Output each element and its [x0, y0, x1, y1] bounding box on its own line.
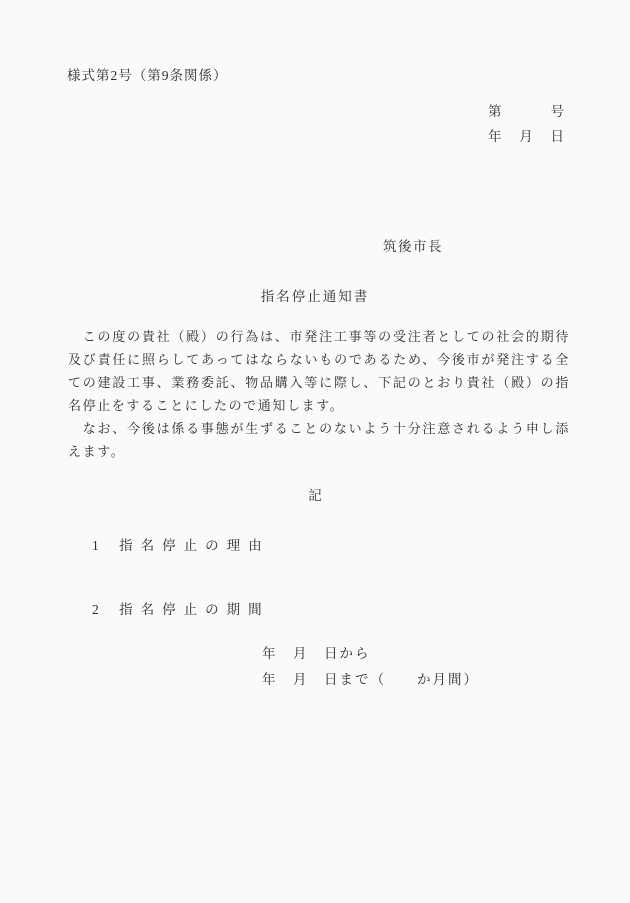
body-paragraph-2: なお、今後は係る事態が生ずることのないよう十分注意されるよう申し添えます。: [68, 417, 570, 463]
item-label: 指名停止の期間: [119, 602, 270, 617]
form-number-label: 様式第2号（第9条関係）: [67, 64, 228, 84]
list-item-suspension-period: 2 指名停止の期間: [92, 598, 270, 618]
record-heading: 記: [0, 484, 630, 504]
date-year-label: 年: [488, 125, 502, 145]
period-to-line: 年 月 日まで（ か月間）: [262, 667, 479, 693]
document-number-line: 第 号: [488, 100, 564, 120]
doc-number-prefix: 第: [488, 100, 502, 120]
doc-number-suffix: 号: [551, 100, 565, 120]
item-number: 2: [92, 602, 99, 617]
document-title: 指名停止通知書: [0, 285, 630, 305]
issuer-name: 筑後市長: [383, 235, 443, 255]
notice-document-page: 様式第2号（第9条関係） 第 号 年 月 日 筑後市長 指名停止通知書 この度の…: [0, 0, 630, 903]
period-from-line: 年 月 日から: [262, 641, 479, 667]
date-month-label: 月: [519, 125, 533, 145]
body-text: この度の貴社（殿）の行為は、市発注工事等の受注者としての社会的期待及び責任に照ら…: [68, 325, 570, 463]
list-item-suspension-reason: 1 指名停止の理由: [92, 534, 270, 554]
item-number: 1: [92, 538, 99, 553]
body-paragraph-1: この度の貴社（殿）の行為は、市発注工事等の受注者としての社会的期待及び責任に照ら…: [68, 325, 570, 417]
date-line: 年 月 日: [488, 125, 564, 145]
item-label: 指名停止の理由: [119, 538, 270, 553]
period-block: 年 月 日から 年 月 日まで（ か月間）: [262, 641, 479, 693]
date-day-label: 日: [551, 125, 565, 145]
